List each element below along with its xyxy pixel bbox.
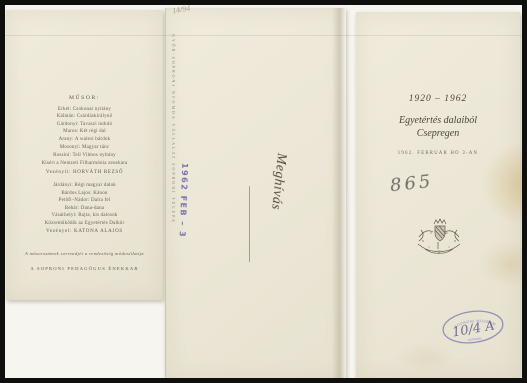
cover-years: 1920 – 1962 bbox=[356, 94, 520, 104]
date-stamp: 1962 FEB – 3 bbox=[178, 163, 190, 238]
document-scan: MŰSOR: Erkel: Csokonai nyitány Kálmán: C… bbox=[0, 0, 527, 383]
paper-fold-shadow bbox=[332, 8, 346, 380]
program-line: Arany: A walesi bárdok bbox=[8, 137, 161, 142]
program-line: Vásárhelyi: Rajta, kis dalosok bbox=[8, 213, 161, 218]
program-line: Maros: Két régi dal bbox=[8, 129, 161, 134]
program-line: Közreműködik az Egyetértés Dalkör bbox=[8, 221, 161, 226]
program-line: Behár: Dana-dana bbox=[8, 206, 161, 211]
program-accompaniment-line: Kíséri a Nemzeti Filharmónia zenekara bbox=[8, 161, 161, 166]
program-line: Petőfi–Nádor: Dalra fel bbox=[8, 198, 161, 203]
scan-crease-line bbox=[0, 35, 527, 36]
museum-oval-stamp: SOPRONI MÚZEUM 10/4 A SOPRON bbox=[438, 303, 508, 351]
printer-imprint: GYŐR-SOPRONI NYOMDA VÁLLALAT SOPRONI TEL… bbox=[171, 34, 176, 186]
program-line: Erkel: Csokonai nyitány bbox=[8, 107, 161, 112]
program-conductor-line: Vezényli: HORVÁTH REZSŐ bbox=[8, 170, 161, 175]
pencil-annotation: 14/94 bbox=[171, 3, 191, 15]
program-line: Mosonyi: Magyar tánc bbox=[8, 145, 161, 150]
program-line: Bárdos Lajos: Kánon bbox=[8, 191, 161, 196]
program-line: Kálmán: Csárdáskirálynő bbox=[8, 114, 161, 119]
inventory-number-handwritten: 865 bbox=[389, 171, 434, 196]
program-line: Járdányi: Régi magyar dalok bbox=[8, 183, 161, 188]
program-conductor-line: Vezényel: KATONA ALAJOS bbox=[8, 229, 161, 234]
invitation-script-title: Meghívás bbox=[268, 152, 290, 211]
program-footnote: A műsorszámok sorrendjét a rendezőség mó… bbox=[8, 252, 161, 257]
cover-title-line: Csepregen bbox=[356, 128, 520, 139]
crest-emblem bbox=[411, 217, 467, 259]
paper-stain bbox=[478, 240, 522, 288]
cover-leaf: 1920 – 1962 Egyetértés dalaiból Cseprege… bbox=[356, 12, 520, 378]
program-leaf: MŰSOR: Erkel: Csokonai nyitány Kálmán: C… bbox=[6, 10, 163, 300]
invitation-leaf: 14/94 GYŐR-SOPRONI NYOMDA VÁLLALAT SOPRO… bbox=[165, 8, 346, 380]
cover-title-line: Egyetértés dalaiból bbox=[356, 115, 520, 126]
program-text-block: MŰSOR: Erkel: Csokonai nyitány Kálmán: C… bbox=[6, 10, 163, 300]
program-line: Rossini: Tell Vilmos nyitány bbox=[8, 153, 161, 158]
program-line: Gárdonyi: Tavaszi induló bbox=[8, 122, 161, 127]
program-footnote: A SOPRONI PEDAGÓGUS ÉNEKKAR bbox=[8, 267, 161, 272]
cover-date-line: 1962. FEBRUÁR HÓ 3-ÁN bbox=[356, 151, 520, 156]
program-title: MŰSOR: bbox=[8, 96, 161, 102]
writing-rule-line bbox=[249, 186, 250, 262]
